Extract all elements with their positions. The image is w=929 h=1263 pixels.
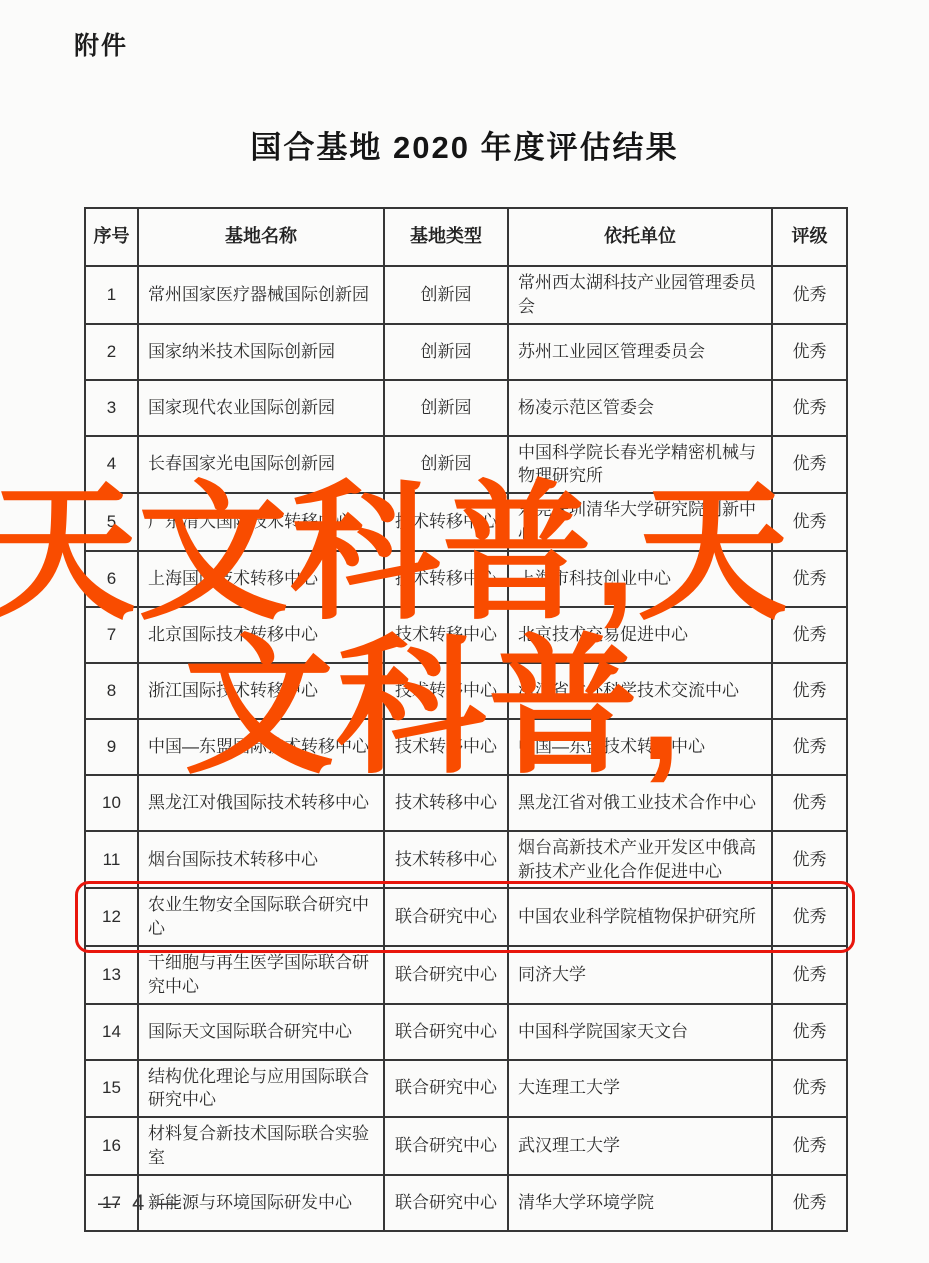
cell-no: 9	[85, 719, 138, 775]
table-row: 14国际天文国际联合研究中心联合研究中心中国科学院国家天文台优秀	[85, 1004, 847, 1060]
cell-supporting-unit: 大连理工大学	[508, 1060, 772, 1118]
cell-supporting-unit: 苏州工业园区管理委员会	[508, 324, 772, 380]
cell-base-type: 技术转移中心	[384, 831, 508, 889]
table-row: 2国家纳米技术国际创新园创新园苏州工业园区管理委员会优秀	[85, 324, 847, 380]
cell-rating: 优秀	[772, 324, 847, 380]
page-number: — 4 —	[98, 1190, 181, 1216]
cell-supporting-unit: 中国农业科学院植物保护研究所	[508, 888, 772, 946]
cell-rating: 优秀	[772, 380, 847, 436]
cell-supporting-unit: 常州西太湖科技产业园管理委员会	[508, 266, 772, 324]
cell-base-type: 联合研究中心	[384, 1004, 508, 1060]
column-header-type: 基地类型	[384, 208, 508, 266]
cell-base-type: 创新园	[384, 324, 508, 380]
cell-base-name: 烟台国际技术转移中心	[138, 831, 384, 889]
cell-rating: 优秀	[772, 946, 847, 1004]
cell-supporting-unit: 中国科学院国家天文台	[508, 1004, 772, 1060]
table-row: 12农业生物安全国际联合研究中心联合研究中心中国农业科学院植物保护研究所优秀	[85, 888, 847, 946]
cell-base-name: 干细胞与再生医学国际联合研究中心	[138, 946, 384, 1004]
cell-no: 16	[85, 1117, 138, 1175]
cell-base-type: 联合研究中心	[384, 888, 508, 946]
table-row: 17新能源与环境国际研发中心联合研究中心清华大学环境学院优秀	[85, 1175, 847, 1231]
cell-supporting-unit: 杨凌示范区管委会	[508, 380, 772, 436]
cell-rating: 优秀	[772, 1004, 847, 1060]
cell-no: 1	[85, 266, 138, 324]
page-title: 国合基地 2020 年度评估结果	[0, 122, 929, 167]
table-row: 1常州国家医疗器械国际创新园创新园常州西太湖科技产业园管理委员会优秀	[85, 266, 847, 324]
cell-rating: 优秀	[772, 775, 847, 831]
cell-rating: 优秀	[772, 831, 847, 889]
watermark-line1: 天文科普,天	[0, 478, 790, 628]
cell-rating: 优秀	[772, 1060, 847, 1118]
cell-base-name: 农业生物安全国际联合研究中心	[138, 888, 384, 946]
table-row: 11烟台国际技术转移中心技术转移中心烟台高新技术产业开发区中俄高新技术产业化合作…	[85, 831, 847, 889]
column-header-name: 基地名称	[138, 208, 384, 266]
cell-no: 10	[85, 775, 138, 831]
cell-rating: 优秀	[772, 663, 847, 719]
cell-base-name: 国际天文国际联合研究中心	[138, 1004, 384, 1060]
cell-no: 14	[85, 1004, 138, 1060]
cell-rating: 优秀	[772, 1117, 847, 1175]
cell-no: 11	[85, 831, 138, 889]
cell-supporting-unit: 清华大学环境学院	[508, 1175, 772, 1231]
table-row: 16材料复合新技术国际联合实验室联合研究中心武汉理工大学优秀	[85, 1117, 847, 1175]
cell-base-type: 创新园	[384, 266, 508, 324]
cell-base-type: 创新园	[384, 380, 508, 436]
cell-base-type: 联合研究中心	[384, 1175, 508, 1231]
attachment-label: 附件	[74, 26, 128, 62]
column-header-unit: 依托单位	[508, 208, 772, 266]
cell-base-name: 结构优化理论与应用国际联合研究中心	[138, 1060, 384, 1118]
cell-no: 15	[85, 1060, 138, 1118]
cell-base-type: 联合研究中心	[384, 1060, 508, 1118]
cell-no: 12	[85, 888, 138, 946]
cell-rating: 优秀	[772, 1175, 847, 1231]
cell-base-name: 国家现代农业国际创新园	[138, 380, 384, 436]
table-row: 13干细胞与再生医学国际联合研究中心联合研究中心同济大学优秀	[85, 946, 847, 1004]
cell-base-name: 常州国家医疗器械国际创新园	[138, 266, 384, 324]
cell-no: 13	[85, 946, 138, 1004]
cell-base-type: 联合研究中心	[384, 946, 508, 1004]
cell-supporting-unit: 同济大学	[508, 946, 772, 1004]
cell-base-name: 材料复合新技术国际联合实验室	[138, 1117, 384, 1175]
cell-supporting-unit: 烟台高新技术产业开发区中俄高新技术产业化合作促进中心	[508, 831, 772, 889]
column-header-no: 序号	[85, 208, 138, 266]
table-header-row: 序号 基地名称 基地类型 依托单位 评级	[85, 208, 847, 266]
cell-rating: 优秀	[772, 266, 847, 324]
watermark-line2: 文科普,	[184, 632, 684, 782]
table-row: 3国家现代农业国际创新园创新园杨凌示范区管委会优秀	[85, 380, 847, 436]
cell-no: 3	[85, 380, 138, 436]
cell-rating: 优秀	[772, 888, 847, 946]
cell-rating: 优秀	[772, 719, 847, 775]
cell-base-name: 国家纳米技术国际创新园	[138, 324, 384, 380]
cell-supporting-unit: 武汉理工大学	[508, 1117, 772, 1175]
column-header-rating: 评级	[772, 208, 847, 266]
cell-no: 8	[85, 663, 138, 719]
table-row: 15结构优化理论与应用国际联合研究中心联合研究中心大连理工大学优秀	[85, 1060, 847, 1118]
cell-base-type: 联合研究中心	[384, 1117, 508, 1175]
cell-no: 2	[85, 324, 138, 380]
